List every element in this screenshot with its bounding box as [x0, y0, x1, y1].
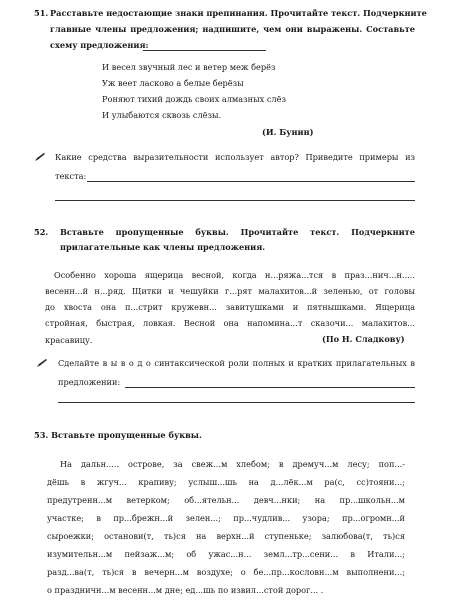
conclusion-answer-line-2[interactable]: [58, 402, 415, 403]
text-line-4: стройная, быстрая, ловкая. Весной она на…: [45, 318, 415, 328]
ex53-line-6: изумительн...м пейзаж...м; об ужас...н..…: [47, 549, 405, 559]
pencil-icon: [34, 152, 46, 162]
poem-author: (И. Бунин): [262, 127, 313, 137]
text-line-5: красавицу.: [45, 335, 92, 345]
task-word: пропущенные: [116, 227, 184, 237]
exercise-51-task-line-3: схему предложения:: [50, 40, 149, 50]
task-word: текст.: [310, 227, 339, 237]
answer-line-1[interactable]: [87, 181, 415, 182]
question-line-2: текста:: [55, 171, 86, 181]
text-line-2: весенн...й н...ряд. Щитки и чешуйки г...…: [45, 286, 415, 296]
task-word: Вставьте: [60, 227, 104, 237]
scheme-answer-line[interactable]: [143, 50, 266, 51]
ex53-line-1: На дальн..... острове, за свеж...м хлебо…: [60, 459, 405, 469]
answer-line-2[interactable]: [55, 200, 415, 201]
conclusion-answer-line-1[interactable]: [125, 387, 415, 388]
poem-line-2: Уж веет ласково а белые берёзы: [102, 78, 244, 88]
task-word: буквы.: [195, 227, 228, 237]
exercise-52-number: 52.: [34, 227, 48, 237]
task-word: Прочитайте: [241, 227, 299, 237]
exercise-51-task-line-1: Расставьте недостающие знаки препинания.…: [50, 8, 415, 18]
poem-line-3: Роняют тихий дождь своих алмазных слёз: [102, 94, 286, 104]
conclusion-line-2: предложении:: [58, 377, 120, 387]
text-line-3: до хвоста она п...стрит кружевн... завит…: [45, 302, 415, 312]
ex53-line-3: предутренн...м ветерком; об...ятельн... …: [47, 495, 405, 505]
exercise-51-task-line-2: главные члены предложения; надпишите, че…: [50, 24, 415, 34]
exercise-51-number: 51.: [34, 8, 48, 18]
ex53-line-7: разд...ва(т, ть)ся в вечерн...м воздухе;…: [47, 567, 405, 577]
poem-line-1: И весел звучный лес и ветер меж берёз: [102, 62, 275, 72]
exercise-52-task-line-1: Вставьте пропущенные буквы. Прочитайте т…: [60, 227, 415, 237]
text-author: (По Н. Сладкову): [322, 334, 405, 344]
ex53-line-5: сыроежки; останови(т, ть)ся на верхн...й…: [47, 531, 405, 541]
exercise-53-title: 53. Вставьте пропущенные буквы.: [34, 430, 202, 440]
text-line-1: Особенно хороша ящерица весной, когда н.…: [54, 270, 415, 280]
pencil-icon: [36, 358, 48, 368]
ex53-line-4: участке; в пр...брежн...й зелен...; пр..…: [47, 513, 405, 523]
question-line-1: Какие средства выразительности используе…: [55, 152, 415, 162]
poem-line-4: И улыбаются сквозь слёзы.: [102, 110, 221, 120]
conclusion-line-1: Сделайте в ы в о д о синтаксической роли…: [58, 358, 415, 368]
ex53-line-2: дёшь в жгуч... крапиву; услыш...шь на д.…: [47, 477, 405, 487]
ex53-line-8: о праздничн...м весенн...м дне; ед...шь …: [47, 585, 323, 595]
exercise-52-task-line-2: прилагательные как члены предложения.: [60, 242, 265, 252]
task-word: Подчеркните: [351, 227, 415, 237]
